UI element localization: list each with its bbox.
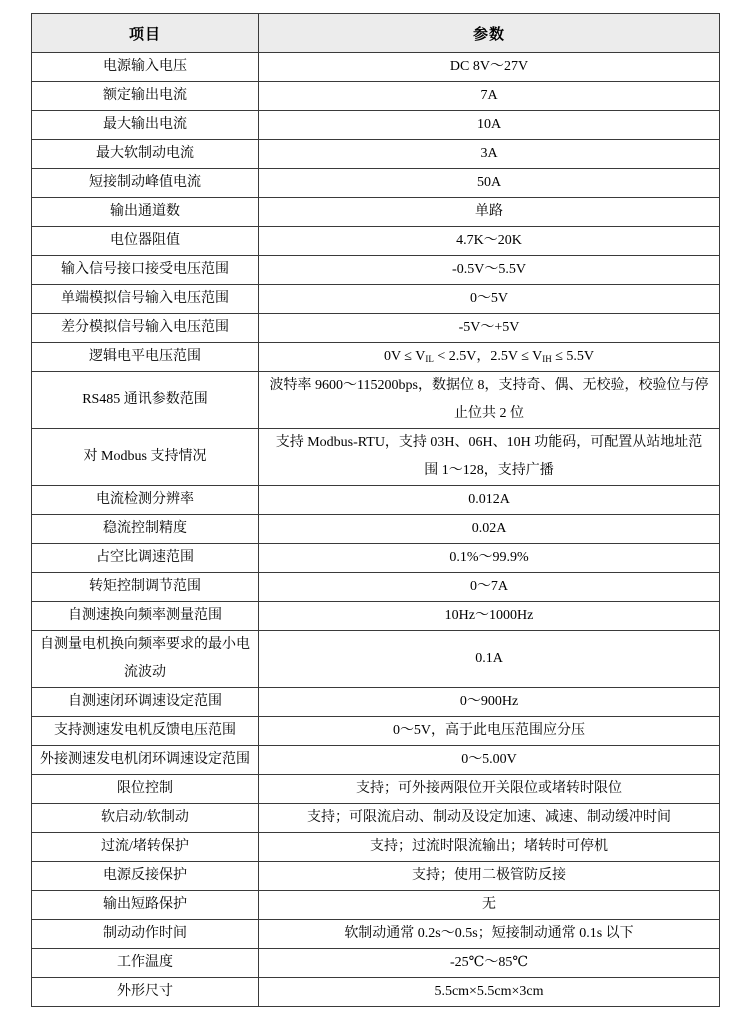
value-cell: 50A bbox=[259, 169, 720, 198]
value-cell: 0V ≤ VIL < 2.5V，2.5V ≤ VIH ≤ 5.5V bbox=[259, 343, 720, 372]
value-cell: 软制动通常 0.2s～0.5s；短接制动通常 0.1s 以下 bbox=[259, 920, 720, 949]
value-cell: DC 8V～27V bbox=[259, 53, 720, 82]
table-row: 外接测速发电机闭环调速设定范围0～5.00V bbox=[32, 746, 720, 775]
table-row: 电源输入电压DC 8V～27V bbox=[32, 53, 720, 82]
table-row: 输出短路保护无 bbox=[32, 891, 720, 920]
value-cell: 0～5.00V bbox=[259, 746, 720, 775]
item-cell: 电位器阻值 bbox=[32, 227, 259, 256]
value-cell: 0.02A bbox=[259, 515, 720, 544]
item-cell: 转矩控制调节范围 bbox=[32, 573, 259, 602]
item-cell: 自测量电机换向频率要求的最小电流波动 bbox=[32, 631, 259, 688]
item-cell: 自测速闭环调速设定范围 bbox=[32, 688, 259, 717]
table-row: 电流检测分辨率0.012A bbox=[32, 486, 720, 515]
table-row: 工作温度-25℃～85℃ bbox=[32, 949, 720, 978]
item-cell: 支持测速发电机反馈电压范围 bbox=[32, 717, 259, 746]
value-cell: 单路 bbox=[259, 198, 720, 227]
value-cell: 0.1A bbox=[259, 631, 720, 688]
value-cell: 7A bbox=[259, 82, 720, 111]
item-cell: 额定输出电流 bbox=[32, 82, 259, 111]
spec-table: 项目 参数 电源输入电压DC 8V～27V额定输出电流7A最大输出电流10A最大… bbox=[31, 13, 720, 1007]
value-cell: 0～5V bbox=[259, 285, 720, 314]
header-row: 项目 参数 bbox=[32, 14, 720, 53]
table-row: 支持测速发电机反馈电压范围0～5V，高于此电压范围应分压 bbox=[32, 717, 720, 746]
value-cell: -0.5V～5.5V bbox=[259, 256, 720, 285]
table-row: 电源反接保护支持；使用二极管防反接 bbox=[32, 862, 720, 891]
value-cell: 0.1%～99.9% bbox=[259, 544, 720, 573]
value-cell: 支持 Modbus-RTU，支持 03H、06H、10H 功能码，可配置从站地址… bbox=[259, 429, 720, 486]
value-cell: 0～900Hz bbox=[259, 688, 720, 717]
table-row: 限位控制支持；可外接两限位开关限位或堵转时限位 bbox=[32, 775, 720, 804]
table-row: 稳流控制精度0.02A bbox=[32, 515, 720, 544]
table-row: 输出通道数单路 bbox=[32, 198, 720, 227]
value-cell: 0～5V，高于此电压范围应分压 bbox=[259, 717, 720, 746]
table-row: 自测量电机换向频率要求的最小电流波动0.1A bbox=[32, 631, 720, 688]
item-cell: 工作温度 bbox=[32, 949, 259, 978]
table-row: RS485 通讯参数范围波特率 9600～115200bps，数据位 8，支持奇… bbox=[32, 372, 720, 429]
value-cell: -25℃～85℃ bbox=[259, 949, 720, 978]
item-cell: 制动动作时间 bbox=[32, 920, 259, 949]
table-row: 额定输出电流7A bbox=[32, 82, 720, 111]
value-cell: 支持；可限流启动、制动及设定加速、减速、制动缓冲时间 bbox=[259, 804, 720, 833]
spec-table-header: 项目 参数 bbox=[32, 14, 720, 53]
item-cell: 最大输出电流 bbox=[32, 111, 259, 140]
table-row: 逻辑电平电压范围0V ≤ VIL < 2.5V，2.5V ≤ VIH ≤ 5.5… bbox=[32, 343, 720, 372]
table-row: 转矩控制调节范围0～7A bbox=[32, 573, 720, 602]
item-cell: 对 Modbus 支持情况 bbox=[32, 429, 259, 486]
item-cell: 占空比调速范围 bbox=[32, 544, 259, 573]
item-cell: 稳流控制精度 bbox=[32, 515, 259, 544]
item-cell: 单端模拟信号输入电压范围 bbox=[32, 285, 259, 314]
item-cell: 差分模拟信号输入电压范围 bbox=[32, 314, 259, 343]
value-cell: 支持；过流时限流输出；堵转时可停机 bbox=[259, 833, 720, 862]
table-row: 对 Modbus 支持情况支持 Modbus-RTU，支持 03H、06H、10… bbox=[32, 429, 720, 486]
item-cell: 限位控制 bbox=[32, 775, 259, 804]
table-row: 短接制动峰值电流50A bbox=[32, 169, 720, 198]
column-header-item: 项目 bbox=[32, 14, 259, 53]
item-cell: 输出短路保护 bbox=[32, 891, 259, 920]
table-row: 最大输出电流10A bbox=[32, 111, 720, 140]
table-row: 制动动作时间软制动通常 0.2s～0.5s；短接制动通常 0.1s 以下 bbox=[32, 920, 720, 949]
value-cell: -5V～+5V bbox=[259, 314, 720, 343]
table-row: 自测速闭环调速设定范围0～900Hz bbox=[32, 688, 720, 717]
item-cell: RS485 通讯参数范围 bbox=[32, 372, 259, 429]
value-cell: 波特率 9600～115200bps，数据位 8，支持奇、偶、无校验，校验位与停… bbox=[259, 372, 720, 429]
table-row: 电位器阻值4.7K～20K bbox=[32, 227, 720, 256]
spec-sheet-page: 项目 参数 电源输入电压DC 8V～27V额定输出电流7A最大输出电流10A最大… bbox=[0, 0, 750, 1014]
value-cell: 0.012A bbox=[259, 486, 720, 515]
value-cell: 3A bbox=[259, 140, 720, 169]
subscript-text: IL bbox=[425, 354, 434, 364]
item-cell: 外形尺寸 bbox=[32, 978, 259, 1007]
column-header-param: 参数 bbox=[259, 14, 720, 53]
item-cell: 输出通道数 bbox=[32, 198, 259, 227]
value-cell: 5.5cm×5.5cm×3cm bbox=[259, 978, 720, 1007]
spec-table-body: 电源输入电压DC 8V～27V额定输出电流7A最大输出电流10A最大软制动电流3… bbox=[32, 53, 720, 1007]
item-cell: 外接测速发电机闭环调速设定范围 bbox=[32, 746, 259, 775]
value-cell: 无 bbox=[259, 891, 720, 920]
value-cell: 10Hz～1000Hz bbox=[259, 602, 720, 631]
table-row: 过流/堵转保护支持；过流时限流输出；堵转时可停机 bbox=[32, 833, 720, 862]
item-cell: 电源反接保护 bbox=[32, 862, 259, 891]
item-cell: 自测速换向频率测量范围 bbox=[32, 602, 259, 631]
table-row: 差分模拟信号输入电压范围-5V～+5V bbox=[32, 314, 720, 343]
value-cell: 10A bbox=[259, 111, 720, 140]
item-cell: 过流/堵转保护 bbox=[32, 833, 259, 862]
table-row: 自测速换向频率测量范围10Hz～1000Hz bbox=[32, 602, 720, 631]
item-cell: 电源输入电压 bbox=[32, 53, 259, 82]
value-cell: 4.7K～20K bbox=[259, 227, 720, 256]
table-row: 单端模拟信号输入电压范围0～5V bbox=[32, 285, 720, 314]
item-cell: 最大软制动电流 bbox=[32, 140, 259, 169]
table-row: 软启动/软制动支持；可限流启动、制动及设定加速、减速、制动缓冲时间 bbox=[32, 804, 720, 833]
item-cell: 逻辑电平电压范围 bbox=[32, 343, 259, 372]
value-cell: 0～7A bbox=[259, 573, 720, 602]
table-row: 外形尺寸5.5cm×5.5cm×3cm bbox=[32, 978, 720, 1007]
table-row: 最大软制动电流3A bbox=[32, 140, 720, 169]
item-cell: 短接制动峰值电流 bbox=[32, 169, 259, 198]
table-row: 输入信号接口接受电压范围-0.5V～5.5V bbox=[32, 256, 720, 285]
table-row: 占空比调速范围0.1%～99.9% bbox=[32, 544, 720, 573]
subscript-text: IH bbox=[542, 354, 552, 364]
item-cell: 软启动/软制动 bbox=[32, 804, 259, 833]
value-cell: 支持；可外接两限位开关限位或堵转时限位 bbox=[259, 775, 720, 804]
value-cell: 支持；使用二极管防反接 bbox=[259, 862, 720, 891]
item-cell: 电流检测分辨率 bbox=[32, 486, 259, 515]
item-cell: 输入信号接口接受电压范围 bbox=[32, 256, 259, 285]
